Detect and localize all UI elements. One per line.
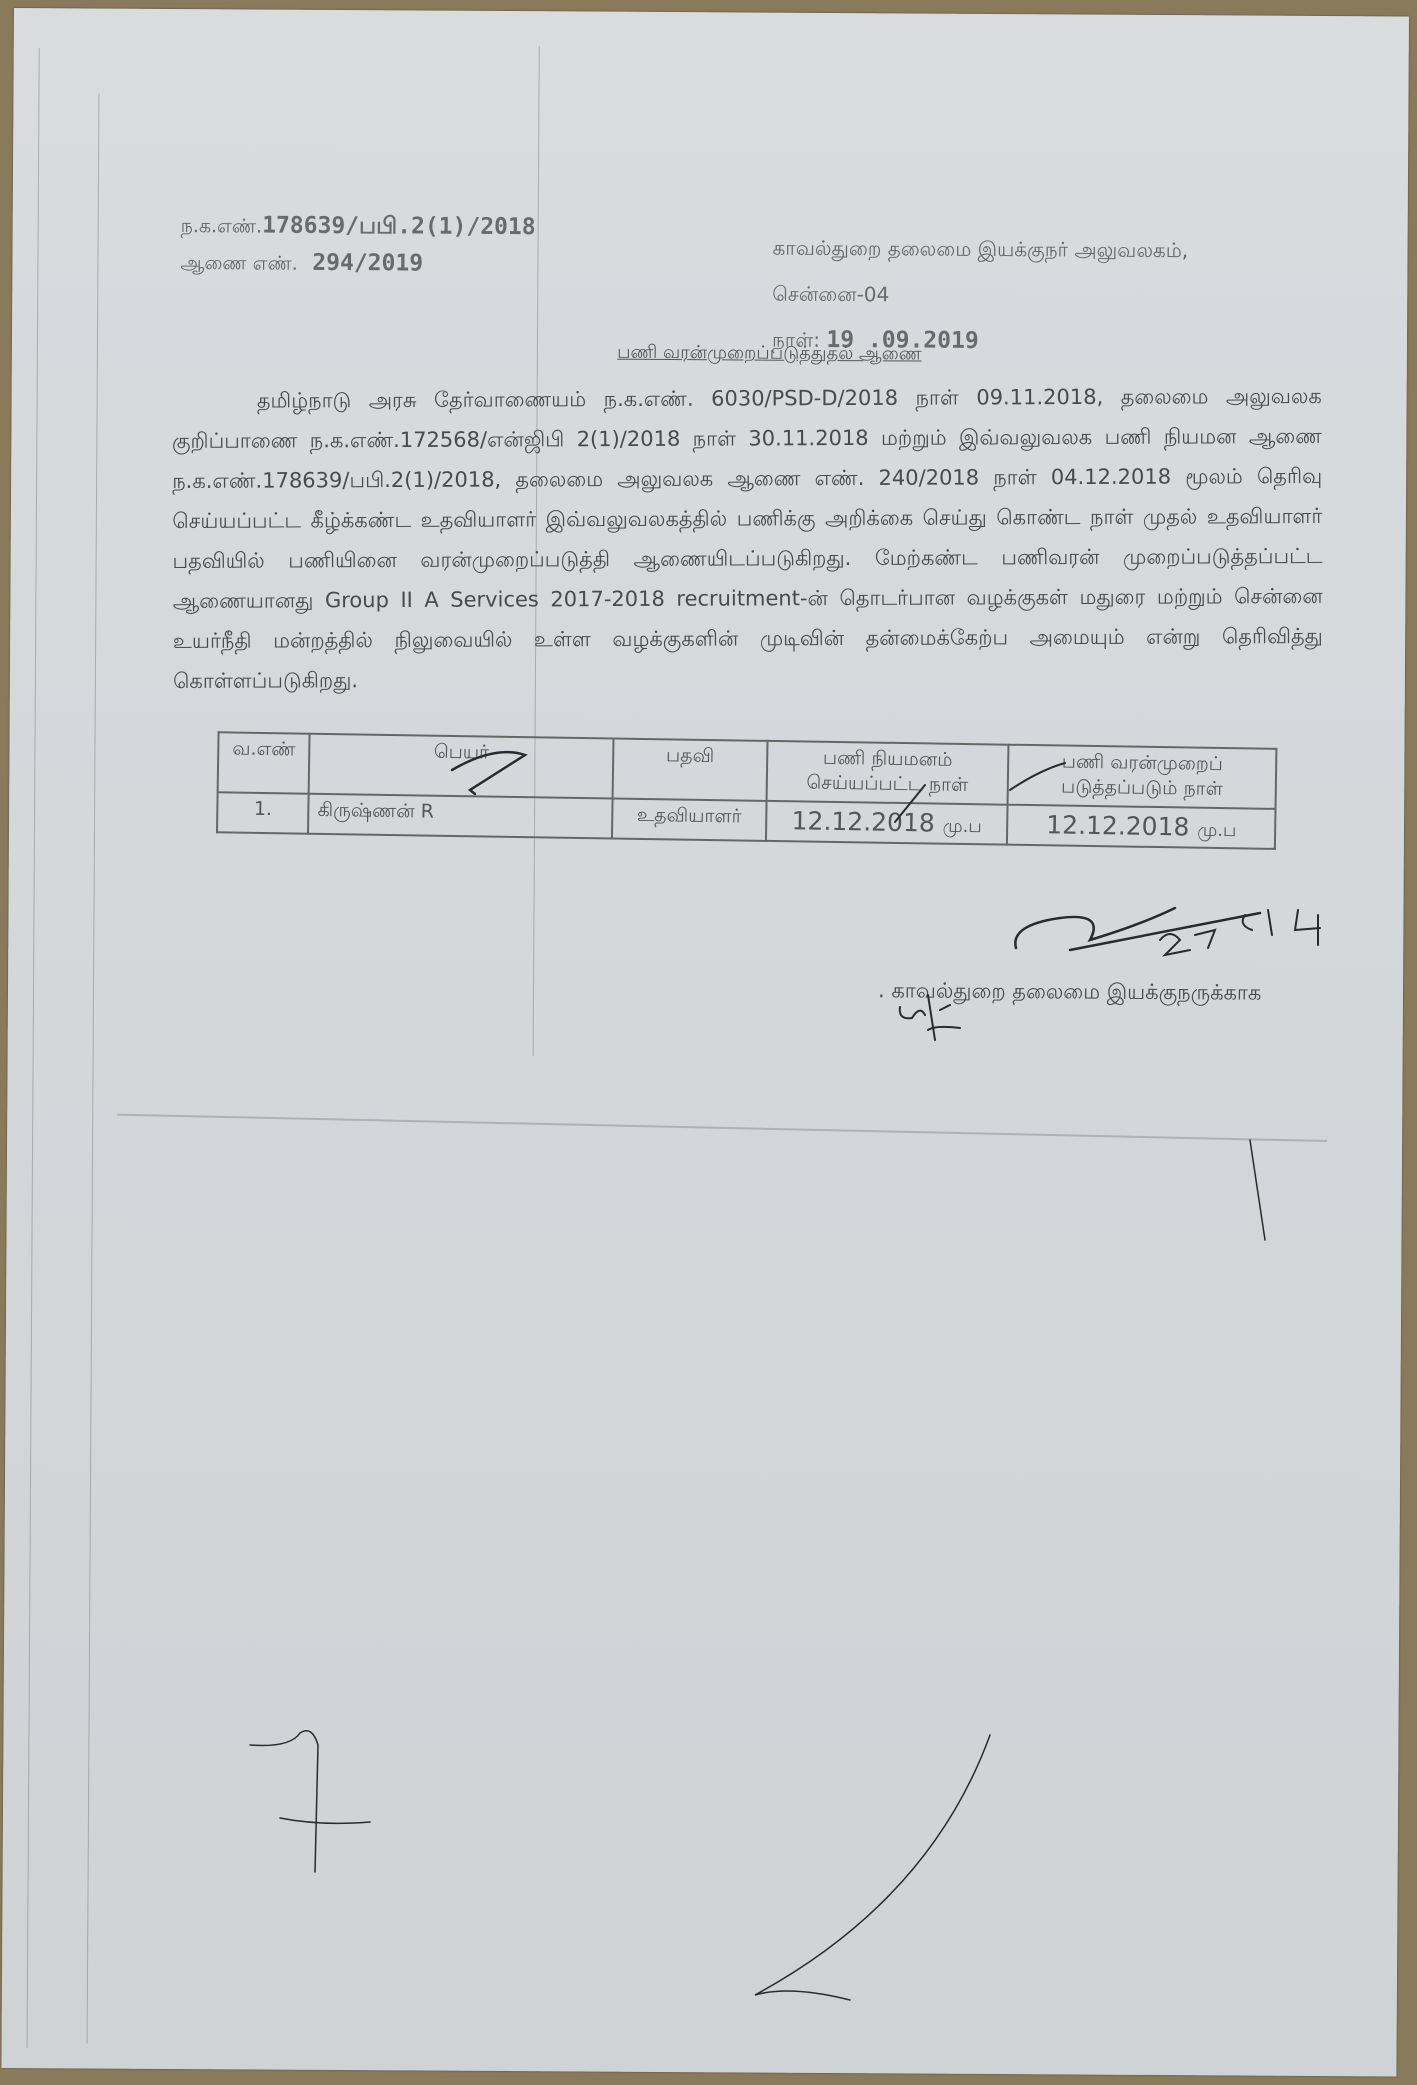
- tick-mark-icon: [452, 752, 525, 794]
- initials-icon: [900, 995, 960, 1040]
- tick-mark-icon: [1010, 763, 1065, 790]
- signature-icon: [1015, 908, 1175, 948]
- tick-mark-icon: [895, 785, 925, 822]
- handwriting-marks: [0, 0, 1417, 2085]
